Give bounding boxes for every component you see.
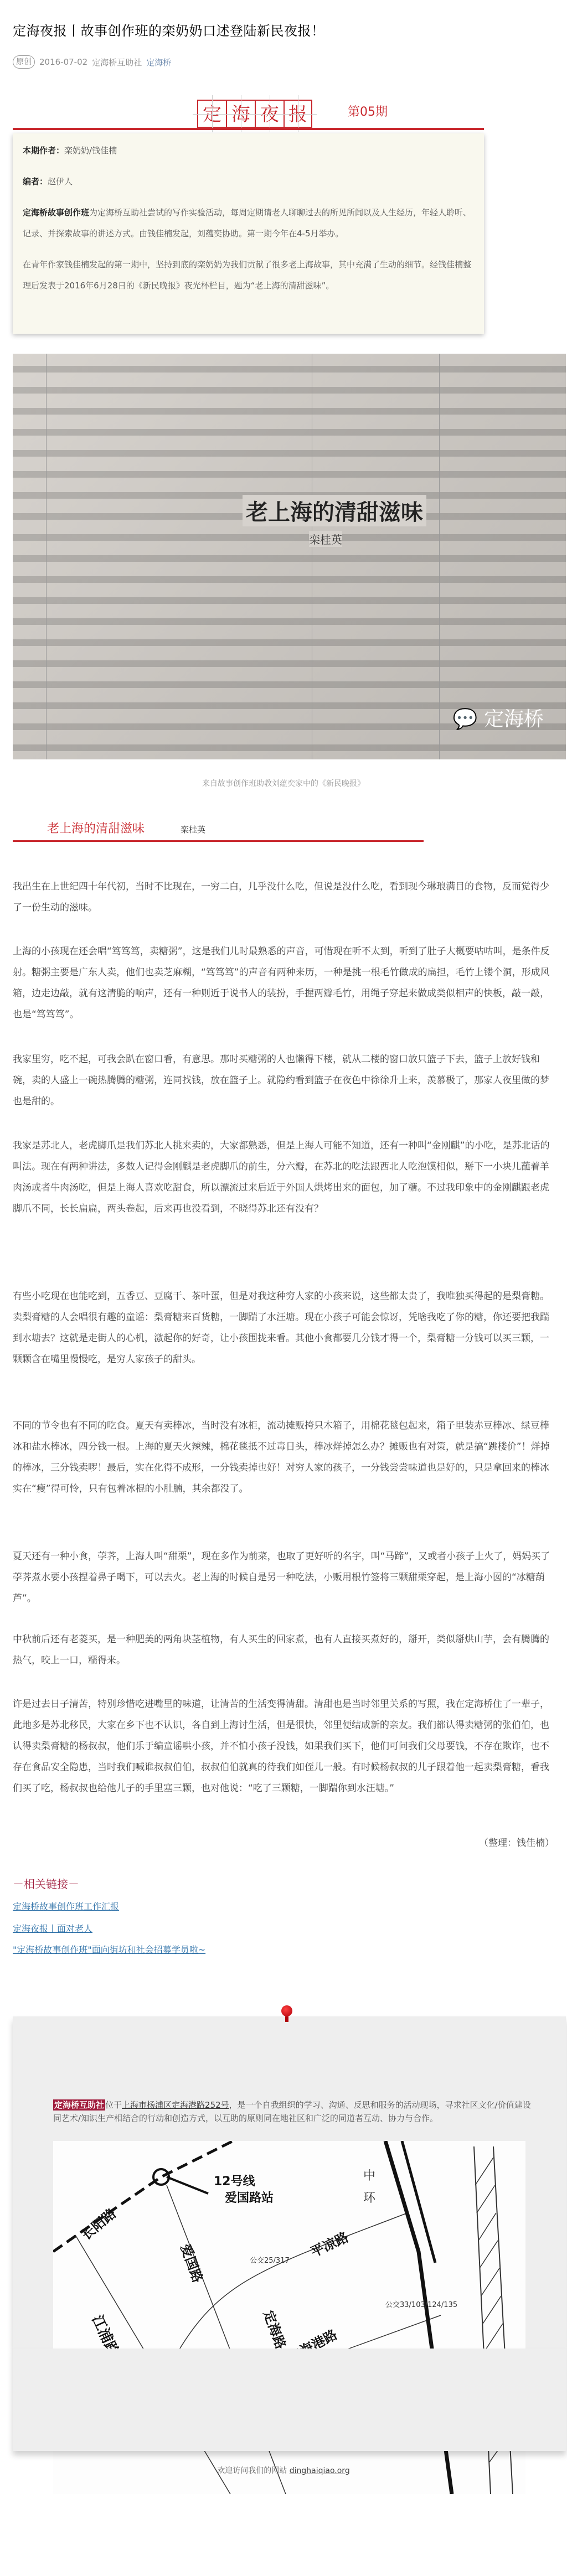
intro-bold: 定海桥故事创作班	[23, 208, 89, 218]
masthead: 定 海 夜 报 第05期	[13, 100, 484, 130]
intro-box: 本期作者：栾奶奶/钱佳楠 编者：赵伊人 定海桥故事创作班为定海桥互助社尝试的写作…	[13, 133, 484, 334]
story-paragraph: 许是过去日子清苦，特别珍惜吃进嘴里的味道，让清苦的生活变得清甜。清甜也是当时邻里…	[13, 1694, 555, 1799]
svg-text:12号线: 12号线	[214, 2174, 256, 2189]
website-line: 欢迎访问我们的网站 dinghaiqiao.org	[0, 2465, 567, 2476]
editor-label: 编者：	[23, 177, 48, 187]
story-paragraph: 有些小吃现在也能吃到，五香豆、豆腐干、茶叶蛋，但是对我这种穷人家的小孩来说，这些…	[13, 1286, 555, 1370]
org-address: 上海市杨浦区定海港路252号	[122, 2100, 229, 2110]
wechat-icon: 💬	[453, 708, 478, 731]
org-description: 定海桥互助社位于上海市杨浦区定海港路252号，是一个自我组织的学习、沟通、反思和…	[53, 2098, 535, 2125]
original-badge: 原创	[13, 55, 35, 69]
photo-headline: 老上海的清甜滋味	[243, 495, 426, 526]
related-link-report[interactable]: 定海桥故事创作班工作汇报	[13, 1900, 119, 1912]
story-paragraph: 上海的小孩现在还会唱“笃笃笃，卖糖粥”，这是我们儿时最熟悉的声音，可惜现在听不太…	[13, 941, 555, 1025]
related-link-elders[interactable]: 定海夜报丨面对老人	[13, 1922, 92, 1934]
issue-number: 第05期	[348, 102, 388, 120]
column-rule	[312, 354, 312, 759]
intro-para1: 为定海桥互助社尝试的写作实验活动，每周定期请老人聊聊过去的所见所闻以及人生经历，…	[23, 208, 471, 239]
related-link-recruit[interactable]: "定海桥故事创作班"面向街坊和社会招募学员啦~	[13, 1943, 205, 1956]
masthead-title-boxes: 定 海 夜 报	[197, 100, 312, 128]
newspaper-photo: 老上海的清甜滋味 栾桂英 💬 定海桥	[13, 354, 566, 759]
story-heading: 老上海的清甜滋味 栾桂英	[13, 814, 424, 842]
article-meta: 原创 2016-07-02 定海桥互助社 定海桥	[13, 55, 171, 69]
svg-text:爱国路: 爱国路	[177, 2242, 205, 2284]
column-rule	[46, 354, 47, 759]
story-paragraph: 夏天还有一种小食，荸荠，上海人叫“甜栗”，现在多作为前菜，也取了更好听的名字，叫…	[13, 1546, 555, 1609]
svg-text:平凉路: 平凉路	[308, 2230, 351, 2261]
story-author: 栾桂英	[181, 824, 205, 835]
pushpin-icon	[281, 2005, 292, 2022]
org-tag: 定海桥互助社	[53, 2099, 105, 2111]
masthead-char: 报	[283, 100, 312, 128]
svg-text:中: 中	[363, 2169, 375, 2183]
org-info-card-bottom	[13, 2349, 566, 2451]
wechat-watermark: 💬 定海桥	[453, 704, 544, 732]
svg-text:环: 环	[363, 2191, 376, 2205]
story-title: 老上海的清甜滋味	[47, 819, 145, 836]
photo-byline: 栾桂英	[309, 531, 342, 547]
svg-text:公交25/317: 公交25/317	[250, 2257, 290, 2265]
photo-caption: 来自故事创作班助教刘蕴奕家中的《新民晚报》	[0, 778, 567, 789]
article-title: 定海夜报丨故事创作班的栾奶奶口述登陆新民夜报！	[13, 22, 325, 41]
story-paragraph: 不同的节令也有不同的吃食。夏天有卖棒冰，当时没有冰柜，流动摊贩挎只木箱子，用棉花…	[13, 1415, 555, 1499]
svg-text:长阳路: 长阳路	[79, 2206, 119, 2243]
editor-credit: （整理：钱佳楠）	[479, 1835, 554, 1849]
website-link[interactable]: dinghaiqiao.org	[290, 2466, 350, 2475]
editor-value: 赵伊人	[48, 177, 73, 187]
related-links-heading: －相关链接－	[13, 1875, 79, 1891]
svg-text:定海路: 定海路	[260, 2308, 288, 2351]
publisher-name: 定海桥互助社	[92, 56, 142, 68]
svg-text:爱国路站: 爱国路站	[225, 2191, 274, 2205]
story-paragraph: 中秋前后还有老菱买，是一种肥美的两角块茎植物，有人买生的回家煮，也有人直接买煮好…	[13, 1629, 555, 1671]
column-rule	[439, 354, 440, 759]
story-paragraph: 我家里穷，吃不起，可我会趴在窗口看，有意思。那时买糖粥的人也懒得下楼，就从二楼的…	[13, 1049, 555, 1112]
org-info-card: 定海桥互助社位于上海市杨浦区定海港路252号，是一个自我组织的学习、沟通、反思和…	[13, 2016, 566, 2349]
svg-text:公交33/103/124/135: 公交33/103/124/135	[385, 2301, 457, 2309]
masthead-divider	[13, 128, 484, 130]
story-paragraph: 我家是苏北人，老虎脚爪是我们苏北人挑来卖的，大家都熟悉，但是上海人可能不知道，还…	[13, 1135, 555, 1219]
intro-para2: 在青年作家钱佳楠发起的第一期中，坚持到底的栾奶奶为我们贡献了很多老上海故事，其中…	[23, 254, 474, 296]
publish-date: 2016-07-02	[39, 57, 87, 67]
story-paragraph: 我出生在上世纪四十年代初，当时不比现在，一穷二白，几乎没什么吃，但说是没什么吃，…	[13, 876, 555, 918]
article-page: 定海夜报丨故事创作班的栾奶奶口述登陆新民夜报！ 原创 2016-07-02 定海…	[0, 0, 567, 2576]
author-label: 本期作者：	[23, 146, 64, 156]
author-value: 栾奶奶/钱佳楠	[64, 146, 117, 156]
account-link[interactable]: 定海桥	[146, 56, 171, 68]
